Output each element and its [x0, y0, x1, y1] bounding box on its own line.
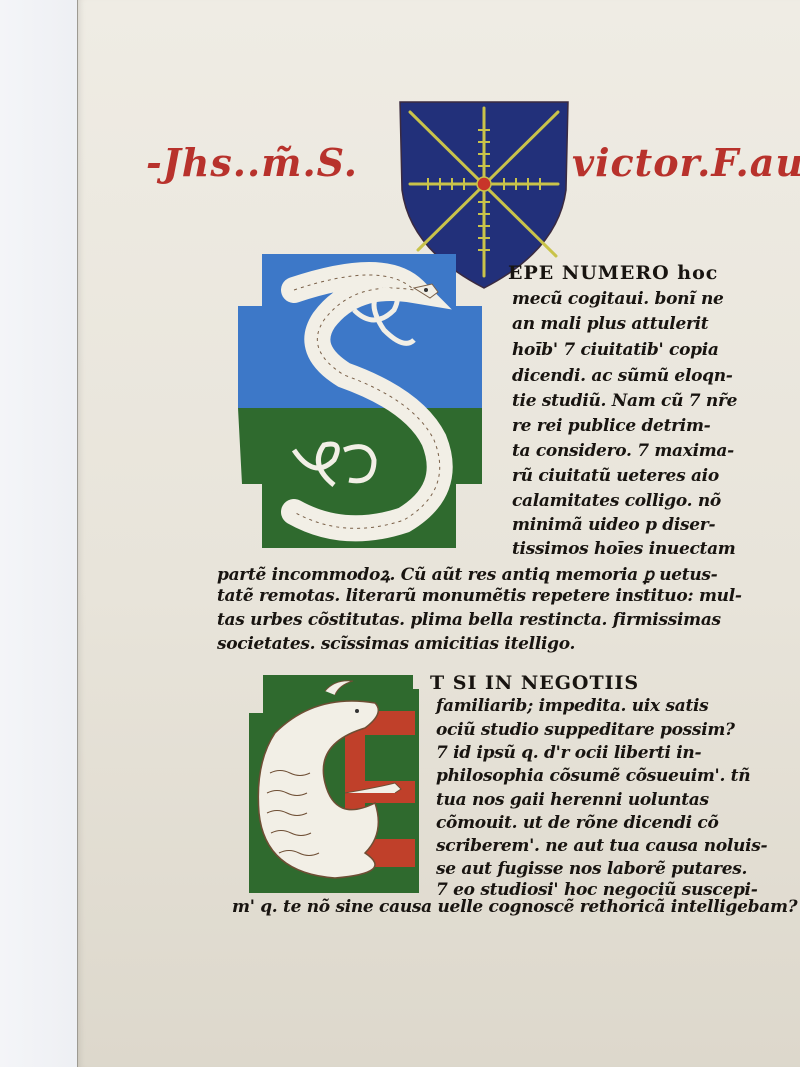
text-line-last: m' q. te nõ sine causa uelle cognoscẽ re…: [232, 897, 797, 917]
incipit-section-1: EPE NUMERO hoc: [508, 262, 718, 284]
text-line: tissimos hoīes inuectam: [512, 539, 736, 559]
text-line: scriberem'. ne aut tua causa noluis-: [436, 836, 767, 856]
illuminated-initial-e: [245, 673, 420, 893]
text-line: re rei publice detrim-: [512, 416, 710, 436]
text-line: partẽ incommodoꝝ. Cũ aũt res antiq memor…: [217, 562, 717, 585]
text-line: 7 id ipsũ q. d'r ocii liberti in-: [436, 743, 701, 763]
incipit-section-2: T SI IN NEGOTIIS: [430, 672, 639, 694]
text-line: ociũ studio suppeditare possim?: [436, 720, 735, 740]
text-line: ta considero. 7 maxima-: [512, 441, 734, 461]
text-line: philosophia cõsumẽ cõsueuim'. tñ: [436, 766, 750, 786]
rubric-heading-right: victor.F.aug: [572, 140, 800, 185]
illuminated-initial-s: [234, 250, 486, 550]
text-line: tas urbes cõstitutas. plima bella restin…: [217, 610, 721, 630]
text-line: mecũ cogitaui. bonĩ ne: [512, 289, 724, 309]
text-line: hoīb' 7 ciuitatib' copia: [512, 340, 719, 360]
text-line: calamitates colligo. nõ: [512, 491, 721, 511]
text-line: familiarib; impedita. uix satis: [436, 696, 708, 716]
text-line: an mali plus attulerit: [512, 314, 708, 334]
text-line: rũ ciuitatũ ueteres aio: [512, 466, 719, 486]
text-line: dicendi. ac sũmũ eloqn-: [512, 366, 733, 386]
text-line: se aut fugisse nos laborẽ putares.: [436, 859, 747, 879]
text-line: minimã uideo p diser-: [512, 515, 715, 535]
text-line: cõmouit. ut de rõne dicendi cõ: [436, 813, 719, 833]
text-line: tua nos gaii herenni uoluntas: [436, 790, 709, 810]
text-line: tatẽ remotas. literarũ monumẽtis repeter…: [217, 586, 742, 606]
text-line: tie studiũ. Nam cũ 7 nr̃e: [512, 391, 737, 411]
text-line: societates. scĩssimas amicitias itelligo…: [217, 634, 575, 654]
rubric-heading-left: -Jhs..m̃.S.: [146, 140, 358, 185]
